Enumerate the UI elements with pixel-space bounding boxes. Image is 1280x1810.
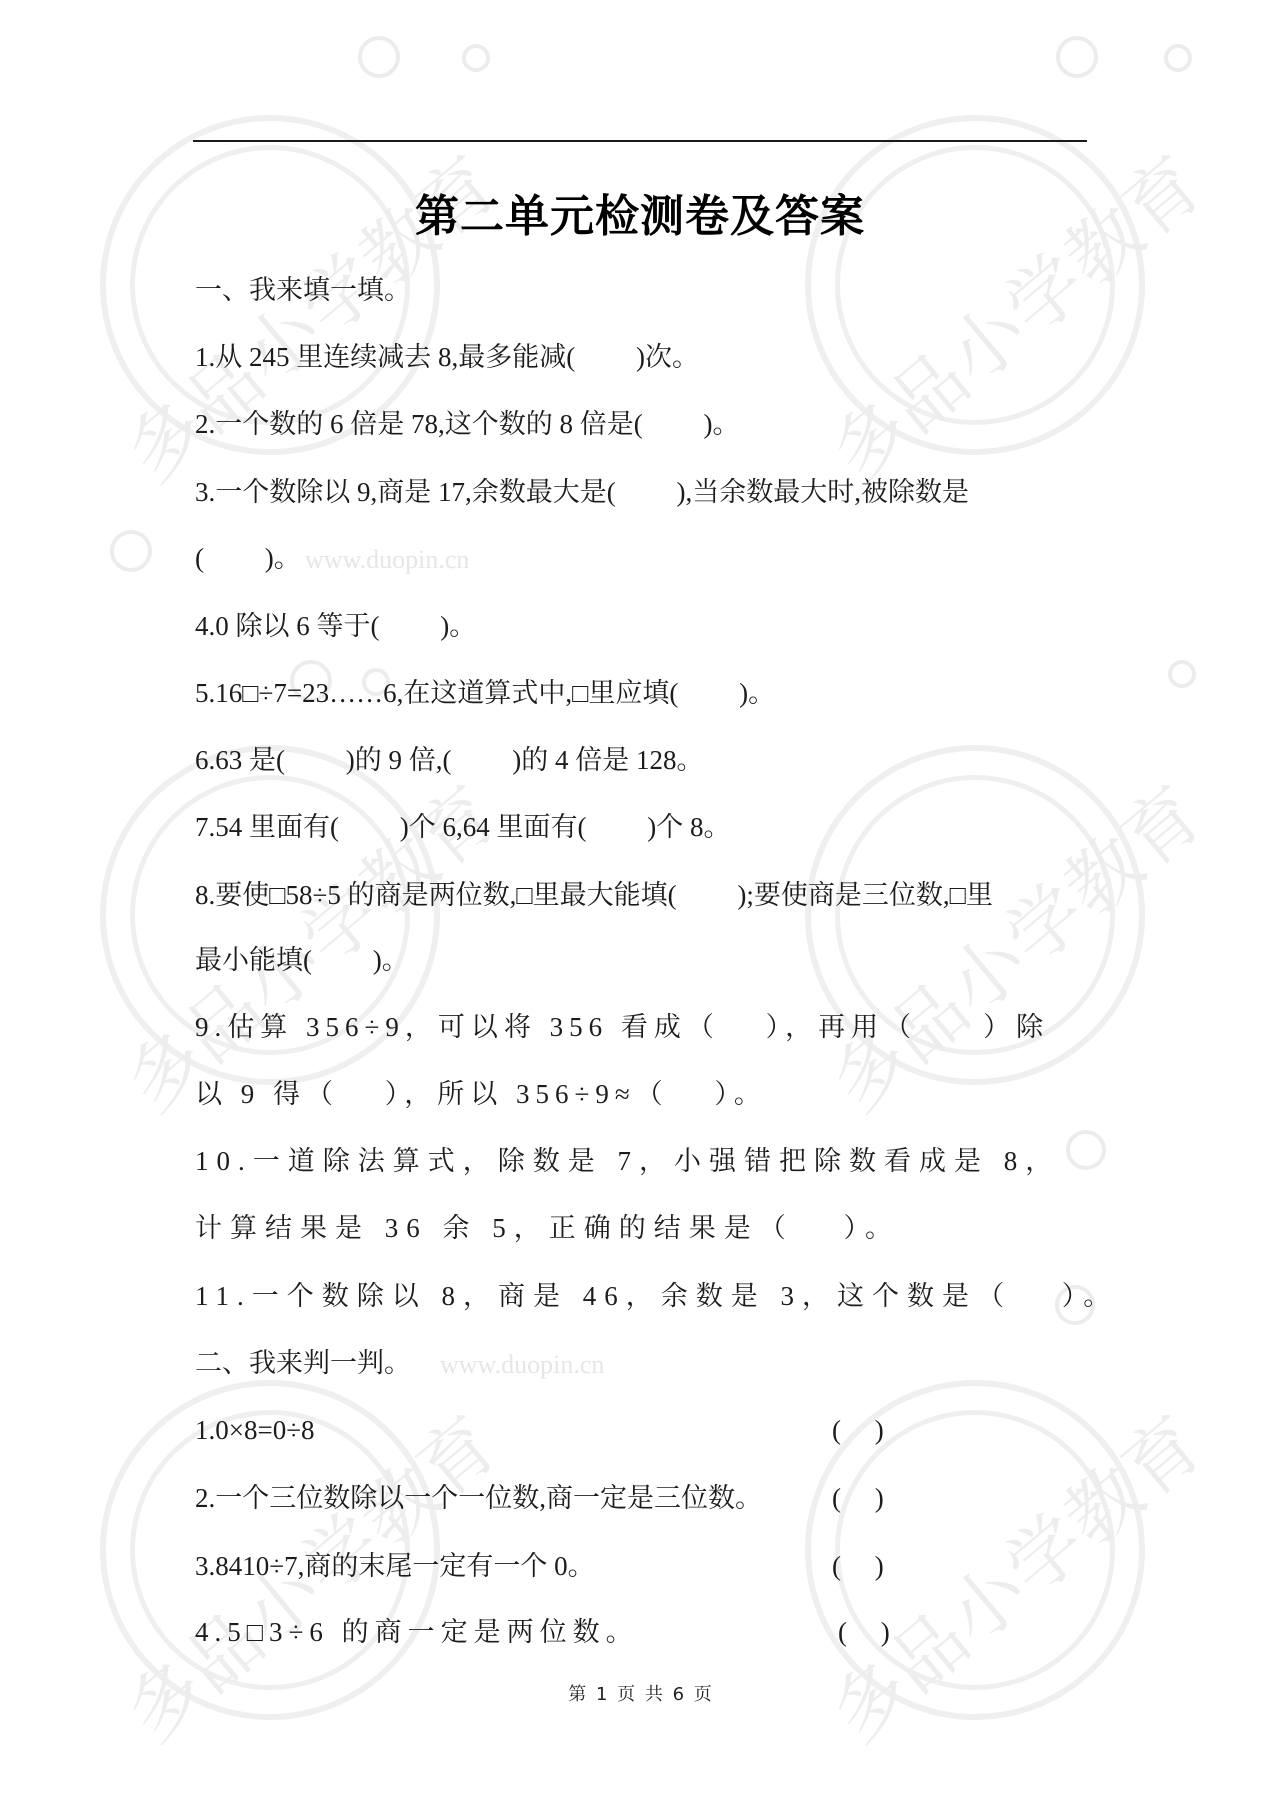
- question-3-line-2: ( )。: [195, 541, 301, 575]
- judge-question-3: 3.8410÷7,商的末尾一定有一个 0。: [195, 1549, 595, 1583]
- question-1: 1.从 245 里连续减去 8,最多能减( )次。: [195, 340, 699, 374]
- question-11: 11.一个数除以 8，商是 46，余数是 3，这个数是（ ）。: [195, 1279, 1118, 1313]
- question-8-line-1: 8.要使□58÷5 的商是两位数,□里最大能填( );要使商是三位数,□里: [195, 878, 993, 912]
- question-6: 6.63 是( )的 9 倍,( )的 4 倍是 128。: [195, 743, 703, 777]
- page-title: 第二单元检测卷及答案: [0, 180, 1280, 244]
- question-10-line-1: 10.一道除法算式，除数是 7，小强错把除数看成是 8，: [195, 1144, 1060, 1178]
- page-number-footer: 第 1 页 共 6 页: [0, 1680, 1280, 1706]
- document-page: 第二单元检测卷及答案 一、我来填一填。 1.从 245 里连续减去 8,最多能减…: [0, 0, 1280, 1810]
- judge-answer-box-1[interactable]: ( ): [832, 1413, 884, 1447]
- judge-answer-box-3[interactable]: ( ): [832, 1549, 884, 1583]
- header-rule: [193, 140, 1087, 142]
- judge-question-1: 1.0×8=0÷8: [195, 1413, 315, 1447]
- question-5: 5.16□÷7=23……6,在这道算式中,□里应填( )。: [195, 676, 775, 710]
- question-9-line-1: 9.估算 356÷9，可以将 356 看成（ ），再用（ ）除: [195, 1010, 1049, 1044]
- judge-question-4: 4.5□3÷6 的商一定是两位数。: [195, 1615, 639, 1649]
- question-2: 2.一个数的 6 倍是 78,这个数的 8 倍是( )。: [195, 407, 739, 441]
- question-3-line-1: 3.一个数除以 9,商是 17,余数最大是( ),当余数最大时,被除数是: [195, 475, 969, 509]
- section-heading-fill-in: 一、我来填一填。: [195, 273, 411, 307]
- question-4: 4.0 除以 6 等于( )。: [195, 609, 476, 643]
- section-heading-judge: 二、我来判一判。: [195, 1346, 411, 1380]
- judge-answer-box-4[interactable]: ( ): [838, 1615, 890, 1649]
- question-7: 7.54 里面有( )个 6,64 里面有( )个 8。: [195, 810, 730, 844]
- question-8-line-2: 最小能填( )。: [195, 943, 409, 977]
- judge-question-2: 2.一个三位数除以一个一位数,商一定是三位数。: [195, 1481, 762, 1515]
- question-10-line-2: 计算结果是 36 余 5，正确的结果是（ ）。: [195, 1211, 900, 1245]
- judge-answer-box-2[interactable]: ( ): [832, 1481, 884, 1515]
- question-9-line-2: 以 9 得（ ），所以 356÷9≈（ ）。: [195, 1077, 767, 1111]
